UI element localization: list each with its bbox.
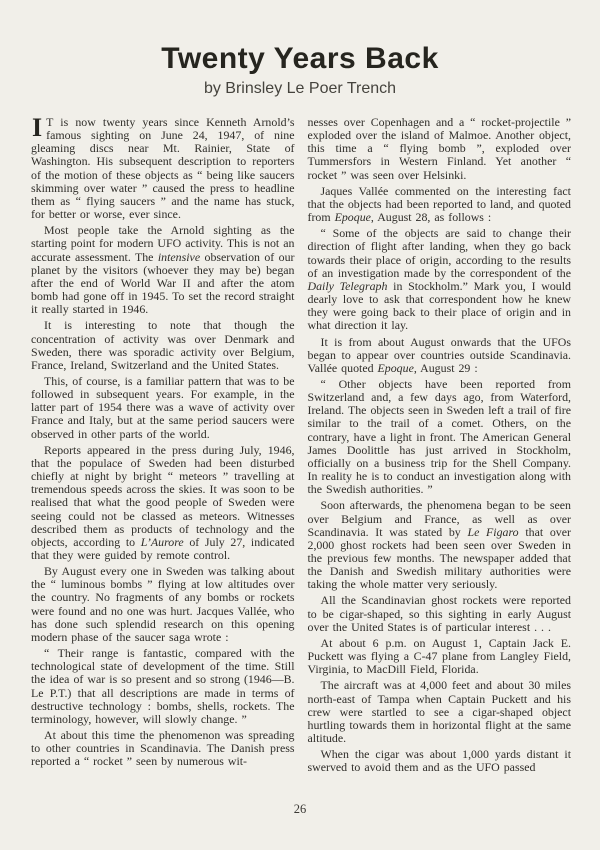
paragraph: Jaques Vallée commented on the interesti… <box>308 185 572 224</box>
text-run: At about 6 p.m. on August 1, Captain Jac… <box>308 636 572 676</box>
italic-text: Epoque <box>335 210 371 224</box>
italic-text: L’Aurore <box>141 535 184 549</box>
paragraph: When the cigar was about 1,000 yards dis… <box>308 748 572 774</box>
text-run: , August 29 : <box>414 361 478 375</box>
text-run: nesses over Copenhagen and a “ rocket-pr… <box>308 115 572 182</box>
italic-text: intensive <box>158 250 200 264</box>
byline: by Brinsley Le Poer Trench <box>0 80 600 98</box>
text-run: All the Scandinavian ghost rockets were … <box>308 593 572 633</box>
masthead: Twenty Years Back by Brinsley Le Poer Tr… <box>0 0 600 98</box>
paragraph: This, of course, is a familiar pattern t… <box>31 375 295 441</box>
paragraph: IT is now twenty years since Kenneth Arn… <box>31 116 295 221</box>
italic-text: Daily Telegraph <box>308 279 388 293</box>
left-column: IT is now twenty years since Kenneth Arn… <box>31 116 295 796</box>
paragraph: “ Their range is fantastic, compared wit… <box>31 647 295 726</box>
article-body: IT is now twenty years since Kenneth Arn… <box>0 98 600 796</box>
text-run: When the cigar was about 1,000 yards dis… <box>308 747 572 774</box>
page-number: 26 <box>0 802 600 817</box>
paragraph: Soon afterwards, the phenomena began to … <box>308 499 572 591</box>
paragraph: Reports appeared in the press during Jul… <box>31 444 295 562</box>
paragraph: All the Scandinavian ghost rockets were … <box>308 594 572 633</box>
text-run: T is now twenty years since Kenneth Arno… <box>31 115 295 221</box>
paragraph: At about this time the phenomenon was sp… <box>31 729 295 768</box>
text-run: By August every one in Sweden was talkin… <box>31 564 295 644</box>
drop-cap: I <box>31 116 46 139</box>
paragraph: “ Other objects have been reported from … <box>308 378 572 496</box>
text-run: “ Some of the objects are said to change… <box>308 226 572 279</box>
magazine-page: Twenty Years Back by Brinsley Le Poer Tr… <box>0 0 600 850</box>
paragraph: It is interesting to note that though th… <box>31 319 295 372</box>
italic-text: Le Figaro <box>467 525 518 539</box>
italic-text: Epoque <box>378 361 414 375</box>
text-run: “ Other objects have been reported from … <box>308 377 572 496</box>
paragraph: nesses over Copenhagen and a “ rocket-pr… <box>308 116 572 182</box>
text-run: , August 28, as follows : <box>371 210 491 224</box>
paragraph: At about 6 p.m. on August 1, Captain Jac… <box>308 637 572 676</box>
paragraph: “ Some of the objects are said to change… <box>308 227 572 332</box>
paragraph: By August every one in Sweden was talkin… <box>31 565 295 644</box>
paragraph: It is from about August onwards that the… <box>308 336 572 375</box>
text-run: The aircraft was at 4,000 feet and about… <box>308 678 572 745</box>
text-run: Reports appeared in the press during Jul… <box>31 443 295 549</box>
text-run: This, of course, is a familiar pattern t… <box>31 374 295 441</box>
text-run: At about this time the phenomenon was sp… <box>31 728 295 768</box>
paragraph: The aircraft was at 4,000 feet and about… <box>308 679 572 745</box>
text-run: It is interesting to note that though th… <box>31 318 295 371</box>
page-title: Twenty Years Back <box>0 42 600 76</box>
paragraph: Most people take the Arnold sighting as … <box>31 224 295 316</box>
right-column: nesses over Copenhagen and a “ rocket-pr… <box>308 116 572 796</box>
text-run: “ Their range is fantastic, compared wit… <box>31 646 295 726</box>
